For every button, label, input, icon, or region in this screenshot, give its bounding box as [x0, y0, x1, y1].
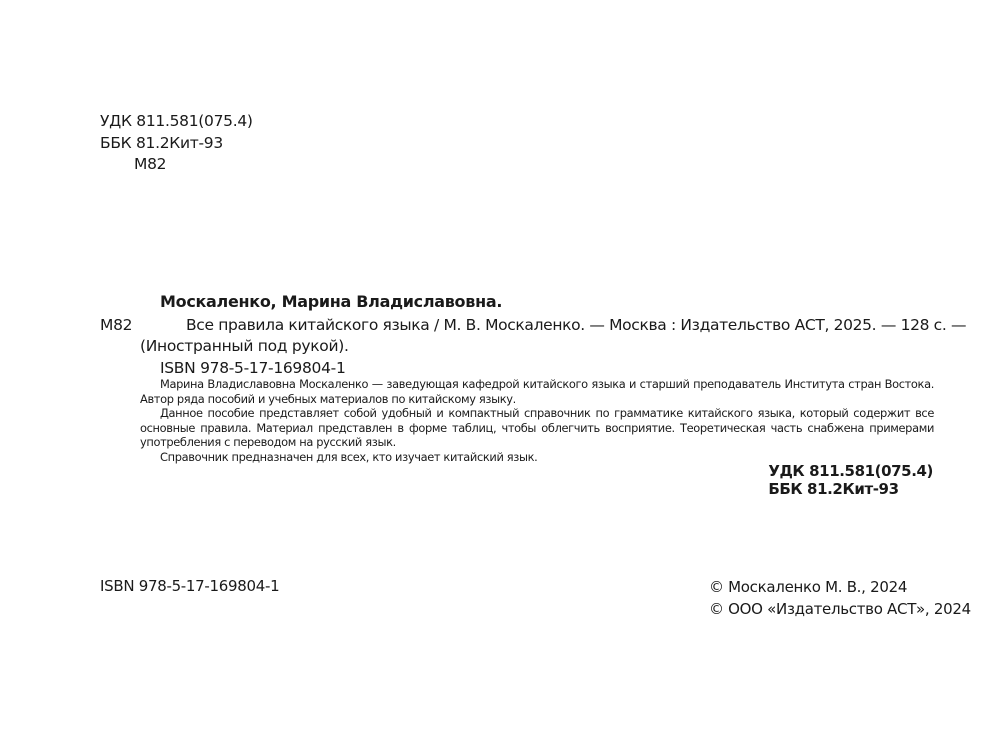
catalog-udk: УДК 811.581(075.4) — [768, 462, 933, 480]
copyright-block: © Москаленко М. В., 2024 © ООО «Издатель… — [709, 576, 971, 620]
catalog-author-mark: М82 — [100, 316, 132, 334]
annotation-paragraph: Марина Владиславовна Москаленко — заведу… — [140, 377, 934, 406]
annotation-paragraph: Данное пособие представляет собой удобны… — [140, 406, 934, 450]
annotation: Марина Владиславовна Москаленко — заведу… — [140, 377, 934, 464]
copyright-author: © Москаленко М. В., 2024 — [709, 576, 971, 598]
catalog-classification-codes: УДК 811.581(075.4) ББК 81.2Кит-93 — [768, 462, 933, 498]
catalog-bbk: ББК 81.2Кит-93 — [768, 480, 933, 498]
catalog-isbn: ISBN 978-5-17-169804-1 — [160, 359, 346, 377]
series-statement: (Иностранный под рукой). — [140, 337, 349, 355]
author-heading: Москаленко, Марина Владиславовна. — [160, 292, 502, 311]
bbk-code: ББК 81.2Кит-93 — [100, 133, 253, 155]
classification-codes: УДК 811.581(075.4) ББК 81.2Кит-93 М82 — [100, 111, 253, 176]
title-statement: Все правила китайского языка / М. В. Мос… — [186, 316, 966, 334]
udk-code: УДК 811.581(075.4) — [100, 111, 253, 133]
author-mark: М82 — [100, 154, 253, 176]
copyright-publisher: © ООО «Издательство АСТ», 2024 — [709, 598, 971, 620]
footer-isbn: ISBN 978-5-17-169804-1 — [100, 577, 279, 595]
